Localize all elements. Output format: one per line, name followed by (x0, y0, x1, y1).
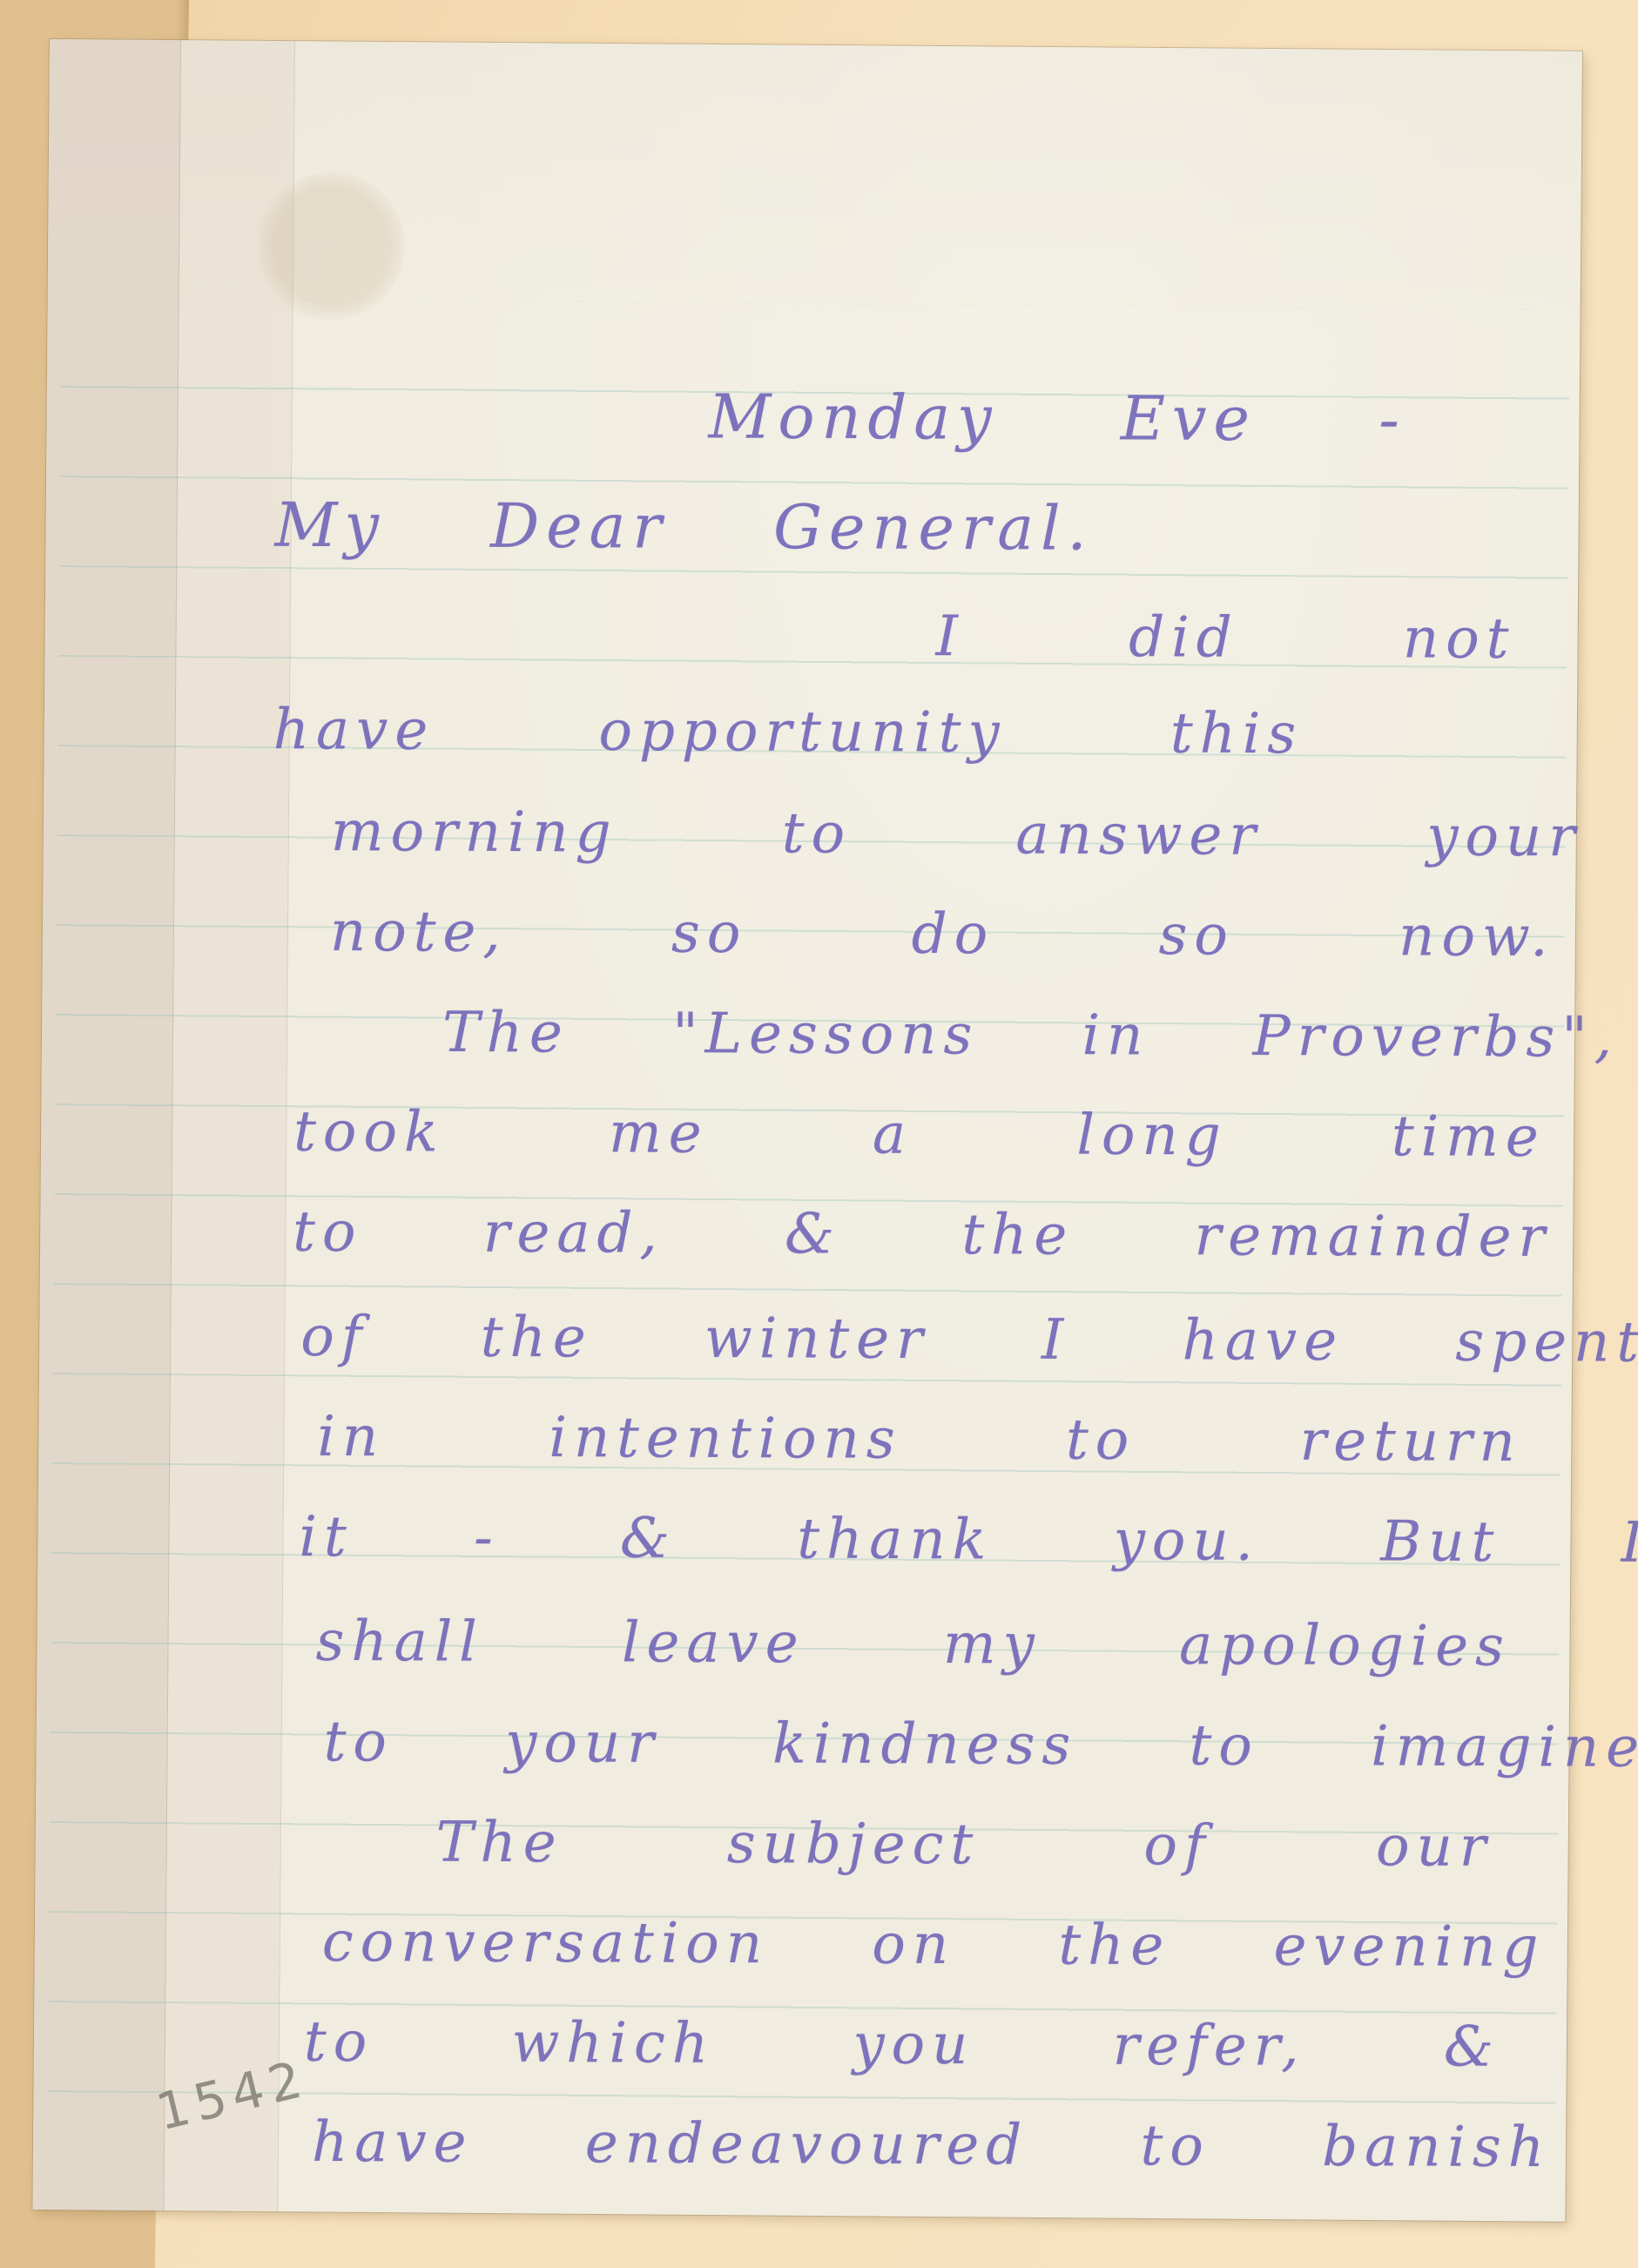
handwritten-line: in intentions to return (317, 1405, 1522, 1475)
handwritten-line: The subject of our (436, 1811, 1493, 1880)
handwritten-line: took me a long time (293, 1100, 1546, 1170)
scanned-album-page: Monday Eve - My Dear General. I did not … (0, 0, 1638, 2268)
tape-hinge-strip (32, 39, 181, 2211)
handwritten-line: to read, & the remainder (293, 1200, 1552, 1270)
handwritten-line: it - & thank you. But I (299, 1505, 1638, 1576)
handwritten-line: I did not (935, 604, 1515, 672)
handwritten-line: to your kindness to imagine. (323, 1710, 1638, 1780)
handwritten-line: have endeavoured to banish (312, 2110, 1551, 2180)
handwritten-line: have opportunity this (273, 698, 1304, 766)
handwritten-line: conversation on the evening (322, 1910, 1546, 1980)
handwritten-line: shall leave my apologies (315, 1610, 1511, 1679)
handwritten-line: The "Lessons in Proverbs", (442, 1001, 1619, 1070)
salutation: My Dear General. (274, 489, 1094, 564)
tape-hinge-crease-band (164, 40, 295, 2211)
paper-stain (256, 172, 405, 321)
handwritten-line: to which you refer, & (304, 2010, 1500, 2080)
handwritten-line: morning to answer your (331, 800, 1582, 869)
handwritten-line: note, so do so now. (330, 900, 1555, 969)
date-line: Monday Eve - (708, 381, 1406, 455)
letter-paper: Monday Eve - My Dear General. I did not … (32, 39, 1582, 2222)
handwritten-line: of the winter I have spent (300, 1305, 1638, 1375)
